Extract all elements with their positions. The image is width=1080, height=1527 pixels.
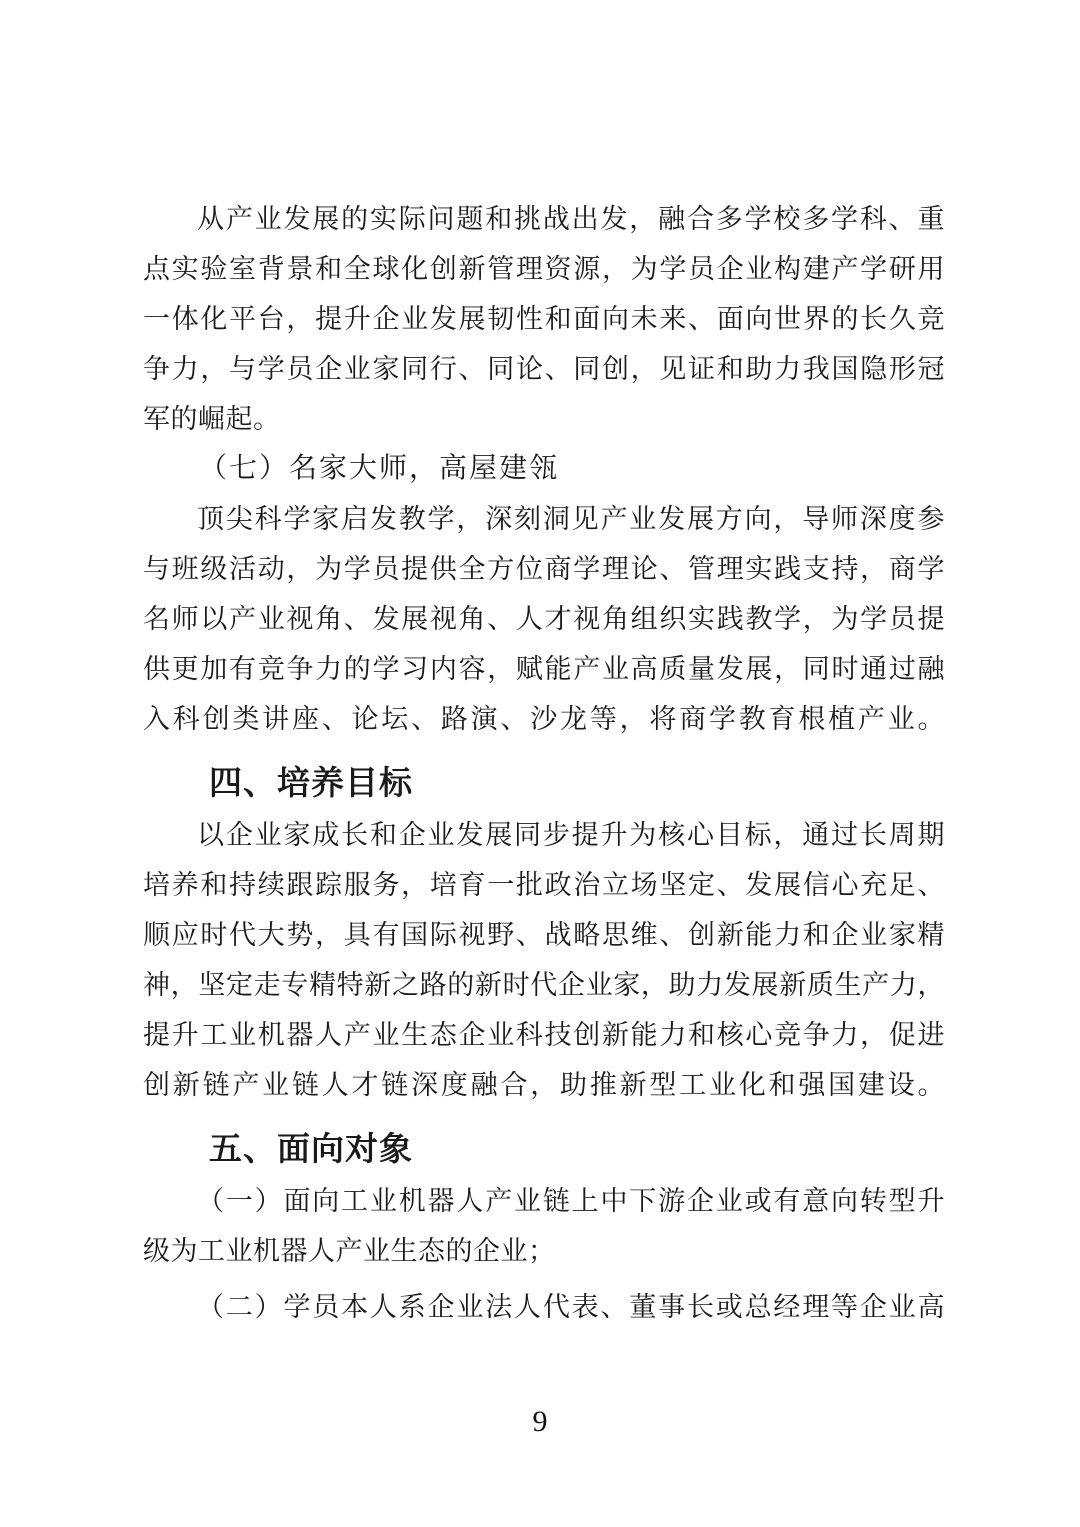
paragraph-line: 培养和持续跟踪服务，培育一批政治立场坚定、发展信心充足、 [143, 860, 945, 910]
document-page: 从产业发展的实际问题和挑战出发，融合多学校多学科、重 点实验室背景和全球化创新管… [0, 0, 1080, 1527]
paragraph-line: （一）面向工业机器人产业链上中下游企业或有意向转型升 [143, 1176, 945, 1226]
page-content: 从产业发展的实际问题和挑战出发，融合多学校多学科、重 点实验室背景和全球化创新管… [143, 194, 945, 1332]
paragraph-line: 争力，与学员企业家同行、同论、同创，见证和助力我国隐形冠 [143, 344, 945, 394]
paragraph-line: 名师以产业视角、发展视角、人才视角组织实践教学，为学员提 [143, 594, 945, 644]
paragraph-line: 顺应时代大势，具有国际视野、战略思维、创新能力和企业家精 [143, 910, 945, 960]
paragraph-line: 入科创类讲座、论坛、路演、沙龙等，将商学教育根植产业。 [143, 694, 945, 744]
paragraph-line: 顶尖科学家启发教学，深刻洞见产业发展方向，导师深度参 [143, 494, 945, 544]
chapter-heading-five: 五、面向对象 [143, 1122, 945, 1176]
paragraph-line: 神，坚定走专精特新之路的新时代企业家，助力发展新质生产力， [143, 960, 945, 1010]
paragraph-line: 军的崛起。 [143, 394, 945, 444]
chapter-heading-four: 四、培养目标 [143, 756, 945, 810]
paragraph-line: 一体化平台，提升企业发展韧性和面向未来、面向世界的长久竞 [143, 294, 945, 344]
paragraph-line: 以企业家成长和企业发展同步提升为核心目标，通过长周期 [143, 810, 945, 860]
paragraph-line: 从产业发展的实际问题和挑战出发，融合多学校多学科、重 [143, 194, 945, 244]
paragraph-line: 点实验室背景和全球化创新管理资源，为学员企业构建产学研用 [143, 244, 945, 294]
paragraph-line: （二）学员本人系企业法人代表、董事长或总经理等企业高 [143, 1282, 945, 1332]
paragraph-line: 供更加有竞争力的学习内容，赋能产业高质量发展，同时通过融 [143, 644, 945, 694]
subsection-heading-seven: （七）名家大师，高屋建瓴 [143, 444, 945, 494]
paragraph-line: 与班级活动，为学员提供全方位商学理论、管理实践支持，商学 [143, 544, 945, 594]
paragraph-line: 创新链产业链人才链深度融合，助推新型工业化和强国建设。 [143, 1060, 945, 1110]
page-number: 9 [0, 1405, 1080, 1439]
paragraph-line: 提升工业机器人产业生态企业科技创新能力和核心竞争力，促进 [143, 1010, 945, 1060]
paragraph-line: 级为工业机器人产业生态的企业； [143, 1226, 945, 1276]
